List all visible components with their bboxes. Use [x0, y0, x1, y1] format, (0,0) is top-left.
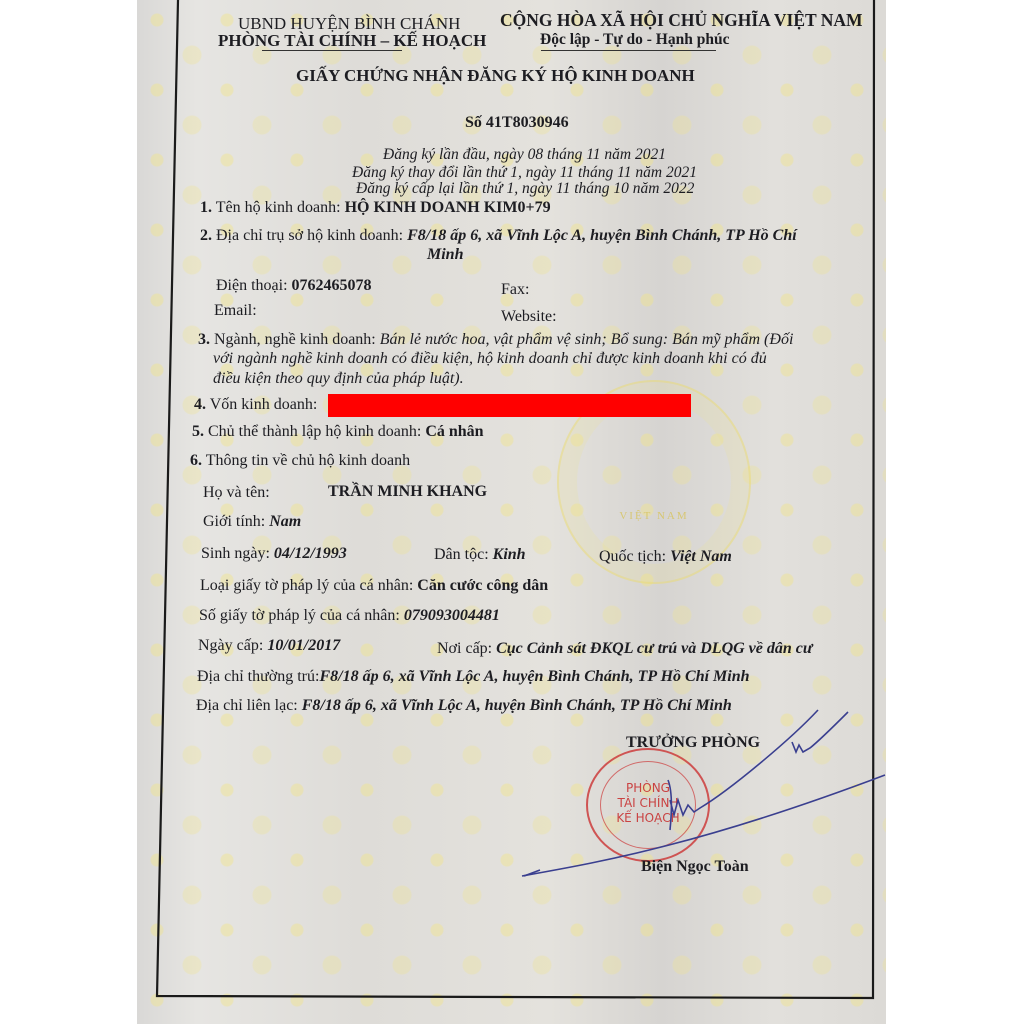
- ethnicity-field: Dân tộc: Kinh: [434, 546, 526, 564]
- nationality-field: Quốc tịch: Việt Nam: [599, 548, 732, 566]
- field-label: Vốn kinh doanh:: [210, 396, 318, 413]
- permanent-address-field: Địa chỉ thường trú:F8/18 ấp 6, xã Vĩnh L…: [197, 668, 750, 686]
- stamp-line: TÀI CHÍNH: [588, 796, 708, 811]
- item-number: 2.: [200, 227, 212, 244]
- stamp-text: PHÒNG TÀI CHÍNH KẾ HOẠCH: [588, 781, 708, 826]
- business-name-value: HỘ KINH DOANH KIM0+79: [345, 199, 551, 216]
- agency-line-2: PHÒNG TÀI CHÍNH – KẾ HOẠCH: [218, 31, 486, 51]
- website-field: Website:: [501, 308, 557, 326]
- signer-name: Biện Ngọc Toàn: [641, 858, 749, 876]
- field-label: Số giấy tờ pháp lý của cá nhân:: [199, 607, 400, 624]
- founder-type-value: Cá nhân: [425, 423, 483, 440]
- gender-field: Giới tính: Nam: [203, 513, 301, 531]
- item-owner-info: 6. Thông tin về chủ hộ kinh doanh: [190, 452, 410, 470]
- field-label: Quốc tịch:: [599, 548, 666, 565]
- field-label: Sinh ngày:: [201, 545, 270, 562]
- owner-name-label: Họ và tên:: [203, 484, 270, 502]
- id-type-value: Căn cước công dân: [417, 577, 548, 594]
- item-number: 5.: [192, 423, 204, 440]
- id-number-field: Số giấy tờ pháp lý của cá nhân: 07909300…: [199, 607, 500, 625]
- issue-date-value: 10/01/2017: [267, 637, 340, 654]
- motto-underline: [541, 50, 716, 51]
- field-label: Loại giấy tờ pháp lý của cá nhân:: [200, 577, 413, 594]
- item-number: 1.: [200, 199, 212, 216]
- phone-field: Điện thoại: 0762465078: [216, 277, 372, 295]
- emblem-text: VIỆT NAM: [559, 510, 749, 522]
- field-label: Ngành, nghề kinh doanh:: [214, 331, 376, 348]
- owner-name-value: TRẦN MINH KHANG: [328, 483, 487, 501]
- field-label: Nơi cấp:: [437, 640, 492, 657]
- contact-address-value: F8/18 ấp 6, xã Vĩnh Lộc A, huyện Bình Ch…: [302, 697, 732, 714]
- field-label: Địa chỉ trụ sở hộ kinh doanh:: [216, 227, 403, 244]
- address-value-cont: Minh: [427, 246, 463, 264]
- item-number: 4.: [194, 396, 206, 413]
- field-label: Tên hộ kinh doanh:: [216, 199, 341, 216]
- registration-reissue: Đăng ký cấp lại lần thứ 1, ngày 11 tháng…: [356, 180, 694, 198]
- business-lines-cont-1: với ngành nghề kinh doanh có điều kiện, …: [213, 350, 767, 368]
- field-label: Địa chỉ liên lạc:: [196, 697, 298, 714]
- field-label: Địa chỉ thường trú:: [197, 668, 319, 685]
- field-label: Giới tính:: [203, 513, 265, 530]
- capital-redaction: [328, 394, 691, 417]
- stamp-line: KẾ HOẠCH: [588, 811, 708, 826]
- agency-underline: [262, 50, 402, 51]
- country-name: CỘNG HÒA XÃ HỘI CHỦ NGHĨA VIỆT NAM: [500, 10, 863, 31]
- item-business-lines: 3. Ngành, nghề kinh doanh: Bán lẻ nước h…: [198, 331, 793, 349]
- field-label: Dân tộc:: [434, 546, 489, 563]
- motto: Độc lập - Tự do - Hạnh phúc: [540, 31, 729, 49]
- nationality-value: Việt Nam: [670, 548, 732, 565]
- item-business-name: 1. Tên hộ kinh doanh: HỘ KINH DOANH KIM0…: [200, 199, 551, 217]
- issue-date-field: Ngày cấp: 10/01/2017: [198, 637, 340, 655]
- stamp-line: PHÒNG: [588, 781, 708, 796]
- fax-field: Fax:: [501, 281, 529, 299]
- item-number: 3.: [198, 331, 210, 348]
- registration-first: Đăng ký lần đầu, ngày 08 tháng 11 năm 20…: [383, 146, 666, 164]
- phone-value: 0762465078: [292, 277, 372, 294]
- ethnicity-value: Kinh: [493, 546, 526, 563]
- certificate-number: Số 41T8030946: [465, 114, 569, 132]
- permanent-address-value: F8/18 ấp 6, xã Vĩnh Lộc A, huyện Bình Ch…: [319, 668, 749, 685]
- issue-place-value: Cục Cảnh sát ĐKQL cư trú và DLQG về dân …: [496, 640, 812, 657]
- contact-address-field: Địa chỉ liên lạc: F8/18 ấp 6, xã Vĩnh Lộ…: [196, 697, 732, 715]
- field-label: Điện thoại:: [216, 277, 288, 294]
- id-number-value: 079093004481: [404, 607, 500, 624]
- item-founder-type: 5. Chủ thể thành lập hộ kinh doanh: Cá n…: [192, 423, 484, 441]
- business-lines-cont-2: điều kiện theo quy định của pháp luật).: [213, 370, 464, 388]
- gender-value: Nam: [269, 513, 301, 530]
- business-lines-value: Bán lẻ nước hoa, vật phẩm vệ sinh; Bổ su…: [380, 331, 794, 348]
- issue-place-field: Nơi cấp: Cục Cảnh sát ĐKQL cư trú và DLQ…: [437, 640, 812, 658]
- field-label: Chủ thể thành lập hộ kinh doanh:: [208, 423, 421, 440]
- dob-field: Sinh ngày: 04/12/1993: [201, 545, 347, 563]
- item-number: 6.: [190, 452, 202, 469]
- item-address: 2. Địa chỉ trụ sở hộ kinh doanh: F8/18 ấ…: [200, 227, 797, 245]
- item-capital: 4. Vốn kinh doanh:: [194, 396, 317, 414]
- field-label: Ngày cấp:: [198, 637, 263, 654]
- email-field: Email:: [214, 302, 257, 320]
- document-title: GIẤY CHỨNG NHẬN ĐĂNG KÝ HỘ KINH DOANH: [296, 66, 695, 86]
- id-type-field: Loại giấy tờ pháp lý của cá nhân: Căn cư…: [200, 577, 548, 595]
- official-stamp: PHÒNG TÀI CHÍNH KẾ HOẠCH: [586, 748, 710, 862]
- address-value: F8/18 ấp 6, xã Vĩnh Lộc A, huyện Bình Ch…: [407, 227, 797, 244]
- dob-value: 04/12/1993: [274, 545, 347, 562]
- field-label: Thông tin về chủ hộ kinh doanh: [206, 452, 410, 469]
